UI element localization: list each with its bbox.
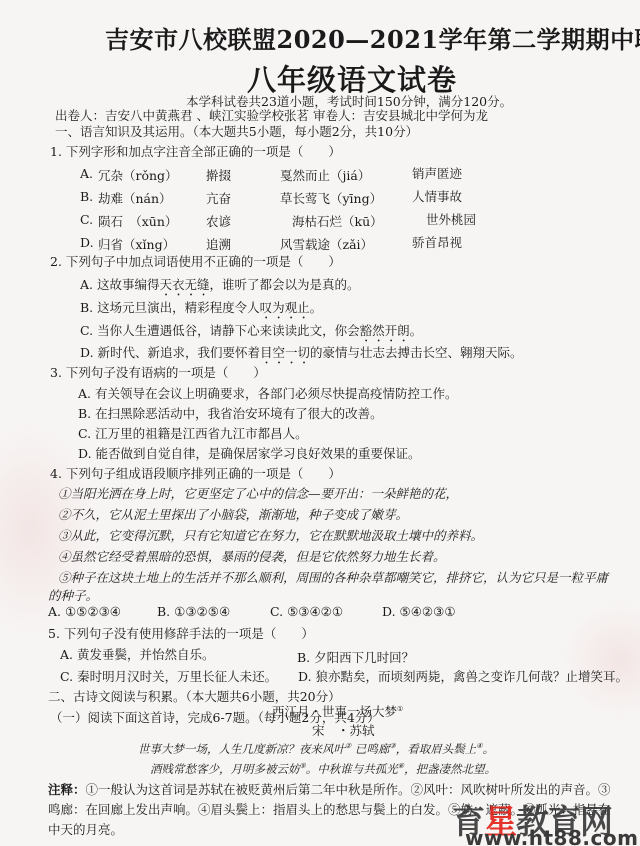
sentence: ④虽然它经受着黑暗的恐惧，暴雨的侵袭，但是它依然努力地生长着。	[58, 547, 446, 565]
paper-stain	[560, 600, 640, 720]
sentence: ②不久，它从泥土里探出了小脑袋，渐渐地，种子变成了嫩芽。	[58, 505, 408, 523]
option-word: 世外桃园	[426, 210, 476, 228]
poem-title-text: 西江月・世事一场大梦	[272, 704, 397, 719]
question-stem: 3. 下列句子没有语病的一项是（ ）	[50, 363, 266, 381]
option-label: C.	[80, 212, 93, 227]
notes-text: ①一般认为这首词是苏轼在被贬黄州后第二年中秋是所作。②风叶：风吹树叶所发出的声音…	[86, 782, 611, 797]
question-option: D. 狼亦黠矣，而顷刻两毙，禽兽之变诈几何哉？止增笑耳。	[298, 667, 628, 685]
question-stem: 2. 下列句子中加点词语使用不正确的一项是（ ）	[50, 252, 341, 270]
poem-text: 。	[483, 742, 495, 756]
option-word: 骄首昂视	[412, 233, 462, 251]
watermark-url: www.ht88.com	[465, 826, 638, 846]
question-stem: 5. 下列句子没有使用修辞手法的一项是（ ）	[48, 624, 314, 642]
question-2-option-c: C. 当你人生遭遇低谷，请静下心来读读此文，你会豁然开朗。	[80, 321, 422, 345]
option-text: C. 当你人生遭遇低谷，请静下心来读读此文，你会	[80, 323, 360, 338]
footnote-marker: ①	[397, 705, 403, 713]
question-option: C. 江万里的祖籍是江西省九江市都昌人。	[78, 424, 308, 442]
answer-option-b: B. ①③②⑤④	[157, 604, 230, 619]
poem-text: 酒贱常愁客少，月明多被云妨	[150, 762, 300, 776]
option-word: 海枯石烂（kū）	[292, 212, 383, 230]
option-word: 农谚	[206, 212, 231, 230]
dotted-word: 目空一切	[260, 345, 310, 360]
poem-text: ，看取眉头鬓上	[396, 742, 477, 756]
poem-text: 世事大梦一场，人生几度新凉？夜来风叶	[138, 742, 345, 756]
answer-option-d: D. ⑤④②③①	[382, 604, 456, 619]
option-word: 戛然而止（jiá）	[280, 166, 370, 184]
poem-text: 。中秋谁与共孤光	[306, 762, 398, 776]
poem-text: 已鸣廊	[351, 742, 389, 756]
sentence: ①当阳光洒在身上时，它更坚定了心中的信念—要开出：一朵鲜艳的花，	[58, 484, 458, 502]
question-option: C. 秦时明月汉时关，万里长征人未还。	[60, 667, 277, 685]
poem-author: 宋 ・苏轼	[312, 721, 375, 739]
option-word: 销声匿迹	[412, 164, 462, 182]
option-label: D.	[80, 235, 94, 250]
option-text: 的豪情与壮志去搏击长空、翱翔天际。	[310, 345, 523, 360]
notes-line-3: 中天的月亮。	[48, 820, 123, 838]
option-word: 人情事故	[412, 187, 462, 205]
dotted-word: 豁然开朗	[360, 323, 410, 338]
option-word: 冗杂（rǒng）	[98, 166, 178, 184]
dotted-word: 天衣无缝	[159, 277, 209, 292]
option-label: B.	[80, 189, 93, 204]
option-word: 劫难（nán）	[98, 189, 172, 207]
option-word: 擀掇	[206, 166, 231, 184]
option-text: D. 新时代、新追求，我们要怀着	[80, 345, 260, 360]
option-text: A. 这故事编得	[80, 277, 159, 292]
option-word: 陨石 （xūn）	[98, 212, 177, 230]
option-word: 追溯	[206, 235, 231, 253]
answer-option-a: A. ①⑤②③④	[48, 604, 121, 619]
option-text: ，谁听了都会以为是真的。	[210, 277, 360, 292]
question-2-option-a: A. 这故事编得天衣无缝，谁听了都会以为是真的。	[80, 275, 360, 299]
question-option: A. 黄发垂鬓，并怡然自乐。	[60, 645, 214, 663]
answer-option-c: C. ⑤③④②①	[270, 604, 343, 619]
question-2-option-b: B. 这场元旦演出，精彩程度令人叹为观止。	[80, 298, 322, 322]
option-word: 亢奋	[206, 189, 231, 207]
option-label: A.	[80, 166, 93, 181]
option-word: 草长莺飞（yīng）	[280, 189, 382, 207]
question-stem: 1. 下列字形和加点字注音全部正确的一项是（ ）	[50, 142, 341, 160]
question-option: A. 有关领导在会议上明确要求，各部门必须尽快提高疫情防控工作。	[78, 384, 457, 402]
notes-label: 注释：	[48, 782, 86, 797]
section-heading: 一、语言知识及其运用。（本大题共5小题，每小题2分，共10分）	[55, 122, 418, 140]
poem-line-1: 世事大梦一场，人生几度新凉？夜来风叶② 已鸣廊③，看取眉头鬓上④。	[138, 741, 494, 757]
exam-title: 吉安市八校联盟2020—2021学年第二学期期中联考	[105, 20, 640, 55]
poem-title: 西江月・世事一场大梦①	[272, 702, 403, 720]
question-option: B. 在扫黑除恶活动中，我省治安环境有了很大的改善。	[78, 404, 383, 422]
option-text: B. 这场元旦演出，精彩程度令人	[80, 300, 260, 315]
sentence: 的种子。	[48, 586, 98, 604]
sentence: ③从此，它变得沉默，只有它知道它在努力，它在默默地汲取土壤中的养料。	[58, 526, 483, 544]
option-text: 。	[310, 300, 323, 315]
option-word: 风雪载途（zǎi）	[280, 235, 373, 253]
option-text: 。	[410, 323, 423, 338]
question-option: D. 能否做到自觉自律，是确保居家学习良好效果的重要保证。	[78, 444, 421, 462]
dotted-word: 叹为观止	[260, 300, 310, 315]
question-option: B. 夕阳西下几时回？	[297, 648, 414, 666]
option-word: 归省（xǐng）	[98, 235, 175, 253]
poem-line-2: 酒贱常愁客少，月明多被云妨⑤。中秋谁与共孤光⑥，把盏凄然北望。	[150, 761, 496, 777]
poem-text: ，把盏凄然北望。	[404, 762, 496, 776]
question-stem: 4. 下列句子组成语段顺序排列正确的一项是（ ）	[50, 464, 341, 482]
exam-page: 吉安市八校联盟2020—2021学年第二学期期中联考 八年级语文试卷 本学科试卷…	[0, 0, 640, 846]
sentence: ⑤种子在这块土地上的生活并不那么顺利，周围的各种杂草都嘲笑它，排挤它，认为它只是…	[58, 568, 608, 586]
